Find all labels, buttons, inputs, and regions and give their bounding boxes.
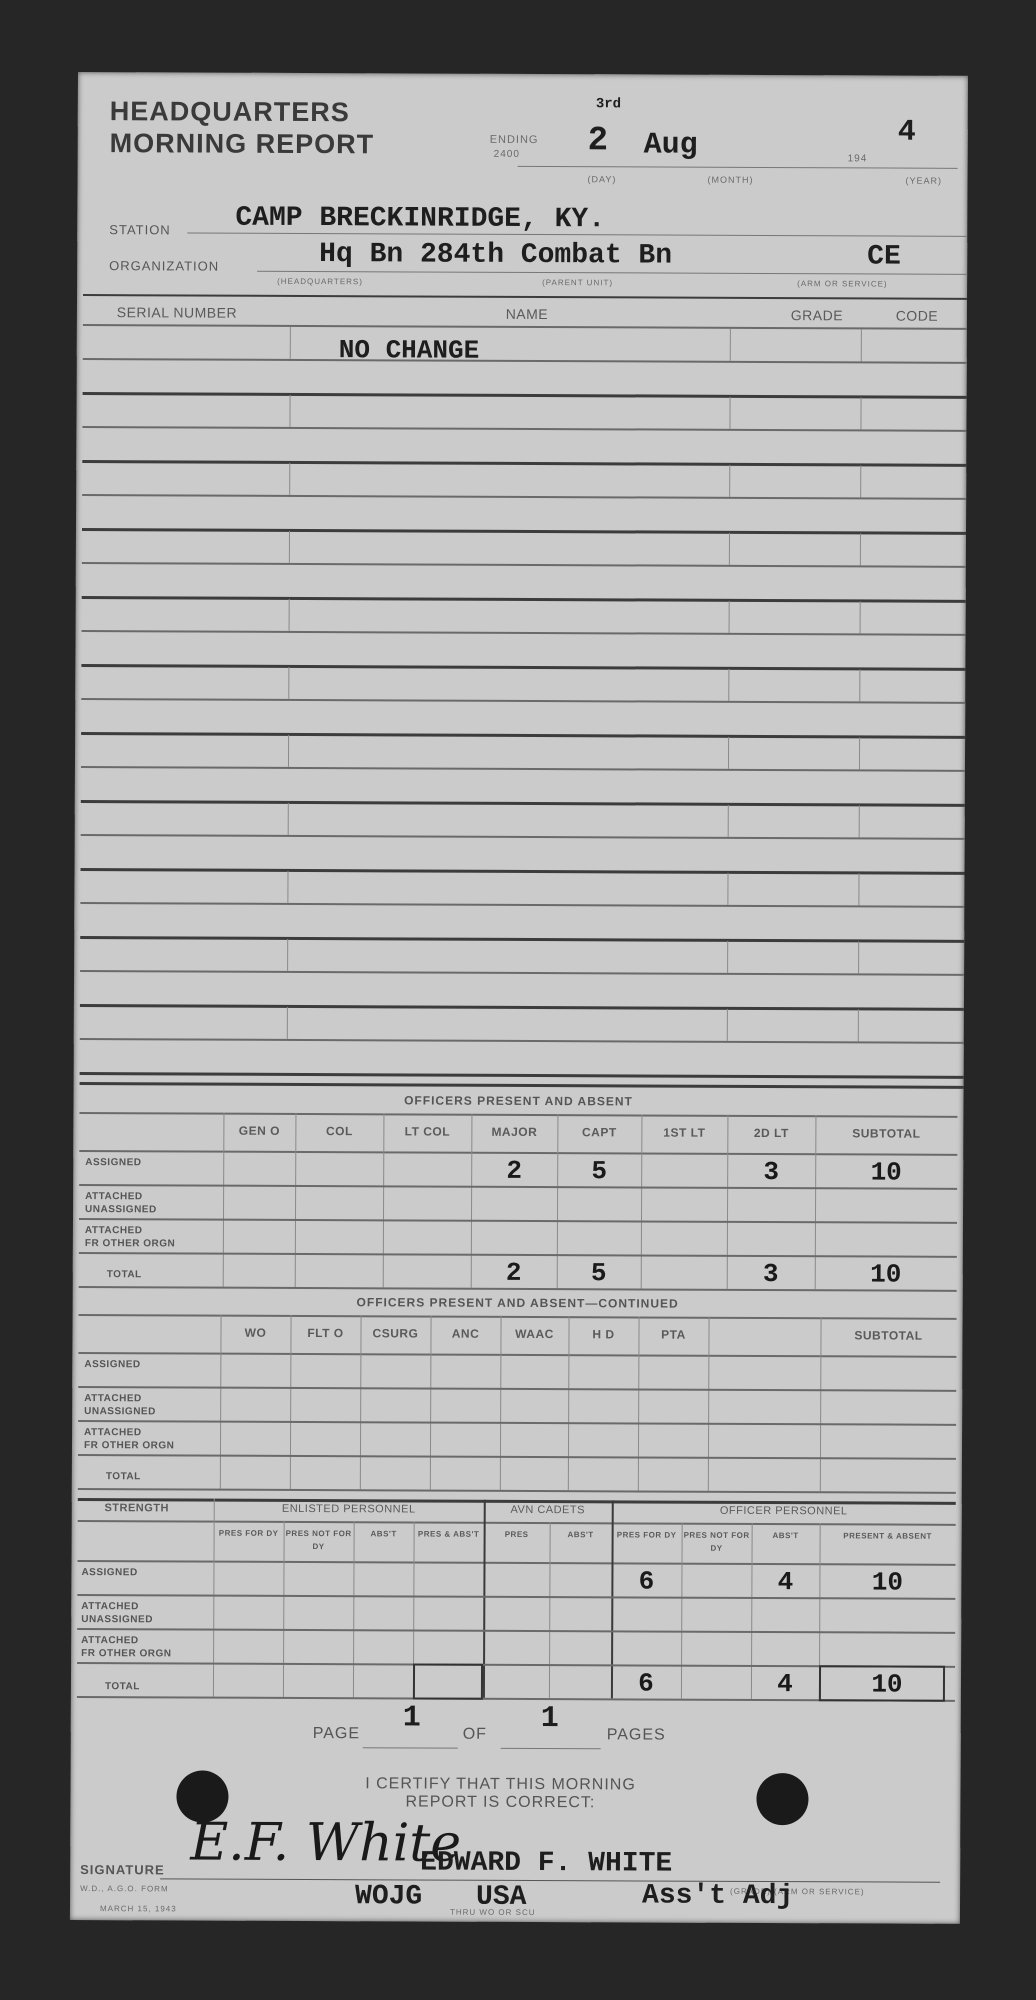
organization-value: Hq Bn 284th Combat Bn [319,239,672,272]
form-title-line1: HEADQUARTERS [110,96,350,127]
strength-col-divider [353,1521,355,1697]
row-label-attached-fr-other-orgn: ATTACHED FR OTHER ORGN [85,1224,176,1250]
roster-col-divider [287,803,288,835]
strength-row-rule [77,1628,955,1634]
cell-value: 10 [815,1259,957,1290]
roster-col-divider [288,599,289,631]
roster-col-divider [858,805,859,837]
thru-caption: THRU WO OR SCU [450,1908,536,1917]
roster-row-rule [82,528,966,535]
strength-officer-value: 6 [611,1566,681,1596]
roster-col-divider [729,397,730,429]
roster-row-rule [83,358,967,364]
roster-col-divider [860,397,861,429]
roster-header-rule [83,324,967,330]
roster-col-divider [289,531,290,563]
roster-row-rule [80,1004,964,1011]
grid-col-divider [708,1317,710,1491]
roster-col-divider [728,805,729,837]
cell-value: 3 [727,1259,815,1289]
col-name: NAME [317,305,737,323]
roster-col-divider [859,737,860,769]
roster-col-divider [728,737,729,769]
cell-value: 2 [471,1156,557,1186]
grid-header-rule [78,1352,956,1358]
roster-col-divider [727,873,728,905]
strength-col-divider [681,1523,683,1699]
strength-col-divider [213,1499,215,1697]
station-label: STATION [109,222,170,237]
strength-subcol: PRES [484,1528,550,1541]
signature-label: SIGNATURE [80,1862,165,1877]
grid-col-divider [295,1113,297,1287]
station-value: CAMP BRECKINRIDGE, KY. [235,203,605,236]
certify-line2: REPORT IS CORRECT: [70,1792,930,1814]
arm-caption: (ARM OR SERVICE) [797,279,888,288]
col-header-anc: ANC [430,1327,500,1341]
page-label: PAGE [313,1725,360,1743]
strength-row-label: ASSIGNED [81,1566,137,1579]
roster-row-rule [82,596,966,603]
row-label-attached-unassigned: ATTACHED UNASSIGNED [84,1392,156,1418]
roster-row-rule [81,732,965,739]
grid-col-divider [638,1316,640,1490]
grid-col-divider [568,1316,570,1490]
col-header-1st-lt: 1ST LT [641,1125,727,1139]
roster-col-divider [727,1009,728,1041]
roster-lines [78,72,968,76]
strength-subcol: PRES NOT FOR DY [682,1529,752,1555]
page-underline [363,1747,458,1748]
row-label-attached-fr-other-orgn: ATTACHED FR OTHER ORGN [84,1426,175,1452]
roster-col-divider [857,1009,858,1041]
hq-caption: (HEADQUARTERS) [277,277,363,286]
roster-row-rule [80,902,964,908]
roster-col-divider [288,667,289,699]
col-header-subtotal: SUBTOTAL [820,1328,956,1343]
strength-officer-value: 6 [611,1668,681,1698]
roster-row-rule [81,800,965,807]
grid-top-rule [79,1314,957,1320]
roster-col-divider [288,735,289,767]
strength-group-rule [78,1520,956,1526]
strength-row-label: TOTAL [105,1680,140,1693]
organization-label: ORGANIZATION [109,258,219,273]
parent-unit-caption: (PARENT UNIT) [542,278,613,287]
col-code: CODE [877,307,957,323]
strength-officer-value: 10 [819,1567,955,1598]
date-underline [518,166,958,169]
cell-value: 2 [471,1258,557,1288]
col-header-gen-o: GEN O [223,1124,295,1138]
grid-col-divider [430,1316,432,1490]
ending-label: ENDING [490,134,539,146]
roster-row-rule [81,868,965,875]
col-header-pta: PTA [638,1327,708,1341]
roster-row-rule [80,1038,964,1044]
roster-row-rule [81,766,965,772]
strength-table: STRENGTHENLISTED PERSONNELAVN CADETSOFFI… [78,72,968,76]
roster-col-divider [289,395,290,427]
roster-row-rule [80,970,964,976]
roster-col-divider [858,873,859,905]
strength-row-label: ATTACHED UNASSIGNED [81,1600,153,1626]
roster-col-divider [729,533,730,565]
strength-label: STRENGTH [82,1502,192,1514]
grid-col-divider [220,1315,222,1489]
pages-underline [501,1748,601,1749]
roster-row-rule [82,426,966,432]
col-header-csurg: CSURG [360,1326,430,1340]
report-month: Aug [644,128,698,162]
roster-col-divider [859,669,860,701]
strength-subcol: PRES FOR DY [214,1527,284,1540]
strength-col-divider [483,1500,486,1698]
roster-col-divider [287,1007,288,1039]
officers-table: GEN OCOLLT COLMAJORCAPT1ST LT2D LTSUBTOT… [78,72,968,76]
of-label: OF [463,1726,487,1744]
row-label-total: TOTAL [106,1470,141,1483]
page-number: 1 [403,1701,421,1735]
roster-row-rule [81,664,965,671]
signer-name: EDWARD F. WHITE [420,1848,672,1880]
cell-value: 5 [557,1156,641,1186]
col-header-subtotal: SUBTOTAL [815,1126,957,1141]
roster-col-divider [730,329,731,361]
strength-subcol: PRES FOR DY [612,1528,682,1541]
month-caption: (MONTH) [708,175,754,185]
enlisted-total-box [413,1663,483,1699]
col-header-capt: CAPT [557,1125,641,1139]
grid-row-rule [78,1454,956,1460]
roster-row-rule [82,562,966,568]
roster-col-divider [860,465,861,497]
roster-row-rule [83,392,967,399]
signer-title: Ass't Adj [642,1880,793,1912]
roster-col-divider [860,329,861,361]
arm-of-service-value: CE [867,241,901,272]
grid-col-divider [290,1315,292,1489]
ending-2400-label: 2400 [494,149,520,160]
day-caption: (DAY) [588,174,617,184]
cell-value: 5 [557,1258,641,1288]
roster-bottom-rule [80,1082,964,1089]
strength-subcol: ABS'T [752,1529,820,1542]
strength-col-divider [549,1522,551,1698]
group-enlisted-personnel: ENLISTED PERSONNEL [214,1503,484,1516]
roster-row-rule [81,834,965,840]
roster-col-divider [289,327,290,359]
grid-row-rule [78,1386,956,1392]
report-day: 2 [588,122,609,160]
col-header-wo: WO [220,1326,290,1340]
grid-col-divider [641,1114,643,1288]
col-header-col: COL [295,1124,383,1138]
roster-col-divider [858,941,859,973]
strength-subcol: ABS'T [354,1527,414,1540]
grid-col-divider [223,1113,225,1287]
grid-col-divider [820,1317,822,1491]
roster-col-divider [289,463,290,495]
form-title-line2: MORNING REPORT [110,128,375,159]
officers-cont-table: WOFLT OCSURGANCWAACH DPTASUBTOTALASSIGNE… [78,72,968,76]
row-label-total: TOTAL [107,1268,142,1281]
row-label-assigned: ASSIGNED [85,1156,141,1169]
grid-row-rule [79,1218,957,1224]
cell-value: 10 [815,1157,957,1188]
grid-col-divider [360,1315,362,1489]
officer-total-box [819,1665,945,1702]
grid-col-divider [383,1113,385,1287]
organization-underline [257,271,967,275]
signer-grade: WOJG [355,1881,422,1912]
morning-report-form: HEADQUARTERS MORNING REPORT ENDING 2400 … [70,72,968,1924]
strength-subcol: PRES NOT FOR DY [284,1527,354,1553]
roster-col-divider [728,669,729,701]
col-header-h-d: H D [568,1327,638,1341]
col-header-2d-lt: 2D LT [727,1126,815,1140]
roster-col-divider [727,941,728,973]
row-label-assigned: ASSIGNED [84,1358,140,1371]
roster-row-rule [81,698,965,704]
col-header-major: MAJOR [471,1125,557,1139]
strength-subcol: PRESENT & ABSENT [820,1529,956,1543]
roster-row-rule [82,494,966,500]
form-id: W.D., A.G.O. FORM [80,1884,169,1893]
strength-officer-value: 4 [751,1669,819,1699]
officers-section-title: OFFICERS PRESENT AND ABSENT [73,1092,963,1110]
strength-header-rule [77,1560,955,1566]
roster-top-rule [83,294,967,300]
col-header-lt-col: LT COL [383,1124,471,1138]
roster-col-divider [729,465,730,497]
roster-row-rule [82,460,966,467]
strength-col-divider [283,1521,285,1697]
roster-col-divider [859,601,860,633]
total-pages: 1 [541,1702,559,1736]
year-caption: (YEAR) [906,176,943,186]
grid-col-divider [500,1316,502,1490]
strength-subcol: ABS'T [550,1528,612,1541]
roster-row-rule [82,630,966,636]
roster-col-divider [729,601,730,633]
roster-col-divider [287,871,288,903]
grid-top-rule [79,1112,957,1118]
roster-col-divider [287,939,288,971]
strength-subcol: PRES & ABS'T [414,1527,484,1540]
group-avn-cadets: AVN CADETS [484,1504,612,1517]
col-header-flt-o: FLT O [290,1326,360,1340]
roster-col-divider [859,533,860,565]
day-correction: 3rd [596,96,621,112]
group-officer-personnel: OFFICER PERSONNEL [612,1504,956,1518]
form-date: MARCH 15, 1943 [100,1904,177,1913]
row-label-attached-unassigned: ATTACHED UNASSIGNED [85,1190,157,1216]
grid-row-rule [78,1420,956,1426]
strength-row-label: ATTACHED FR OTHER ORGN [81,1634,172,1660]
officers-cont-section-title: OFFICERS PRESENT AND ABSENT—CONTINUED [73,1294,963,1312]
col-grade: GRADE [757,307,877,324]
strength-officer-value: 4 [751,1567,819,1597]
year-prefix: 194 [848,153,868,164]
col-serial-number: SERIAL NUMBER [97,304,257,321]
grid-row-rule [78,1488,956,1494]
report-year: 4 [898,116,916,150]
col-header-waac: WAAC [500,1327,568,1341]
cell-value: 3 [727,1157,815,1187]
roster-row-rule [80,936,964,943]
roster-row-rule [80,1072,964,1079]
pages-label: PAGES [607,1726,666,1744]
